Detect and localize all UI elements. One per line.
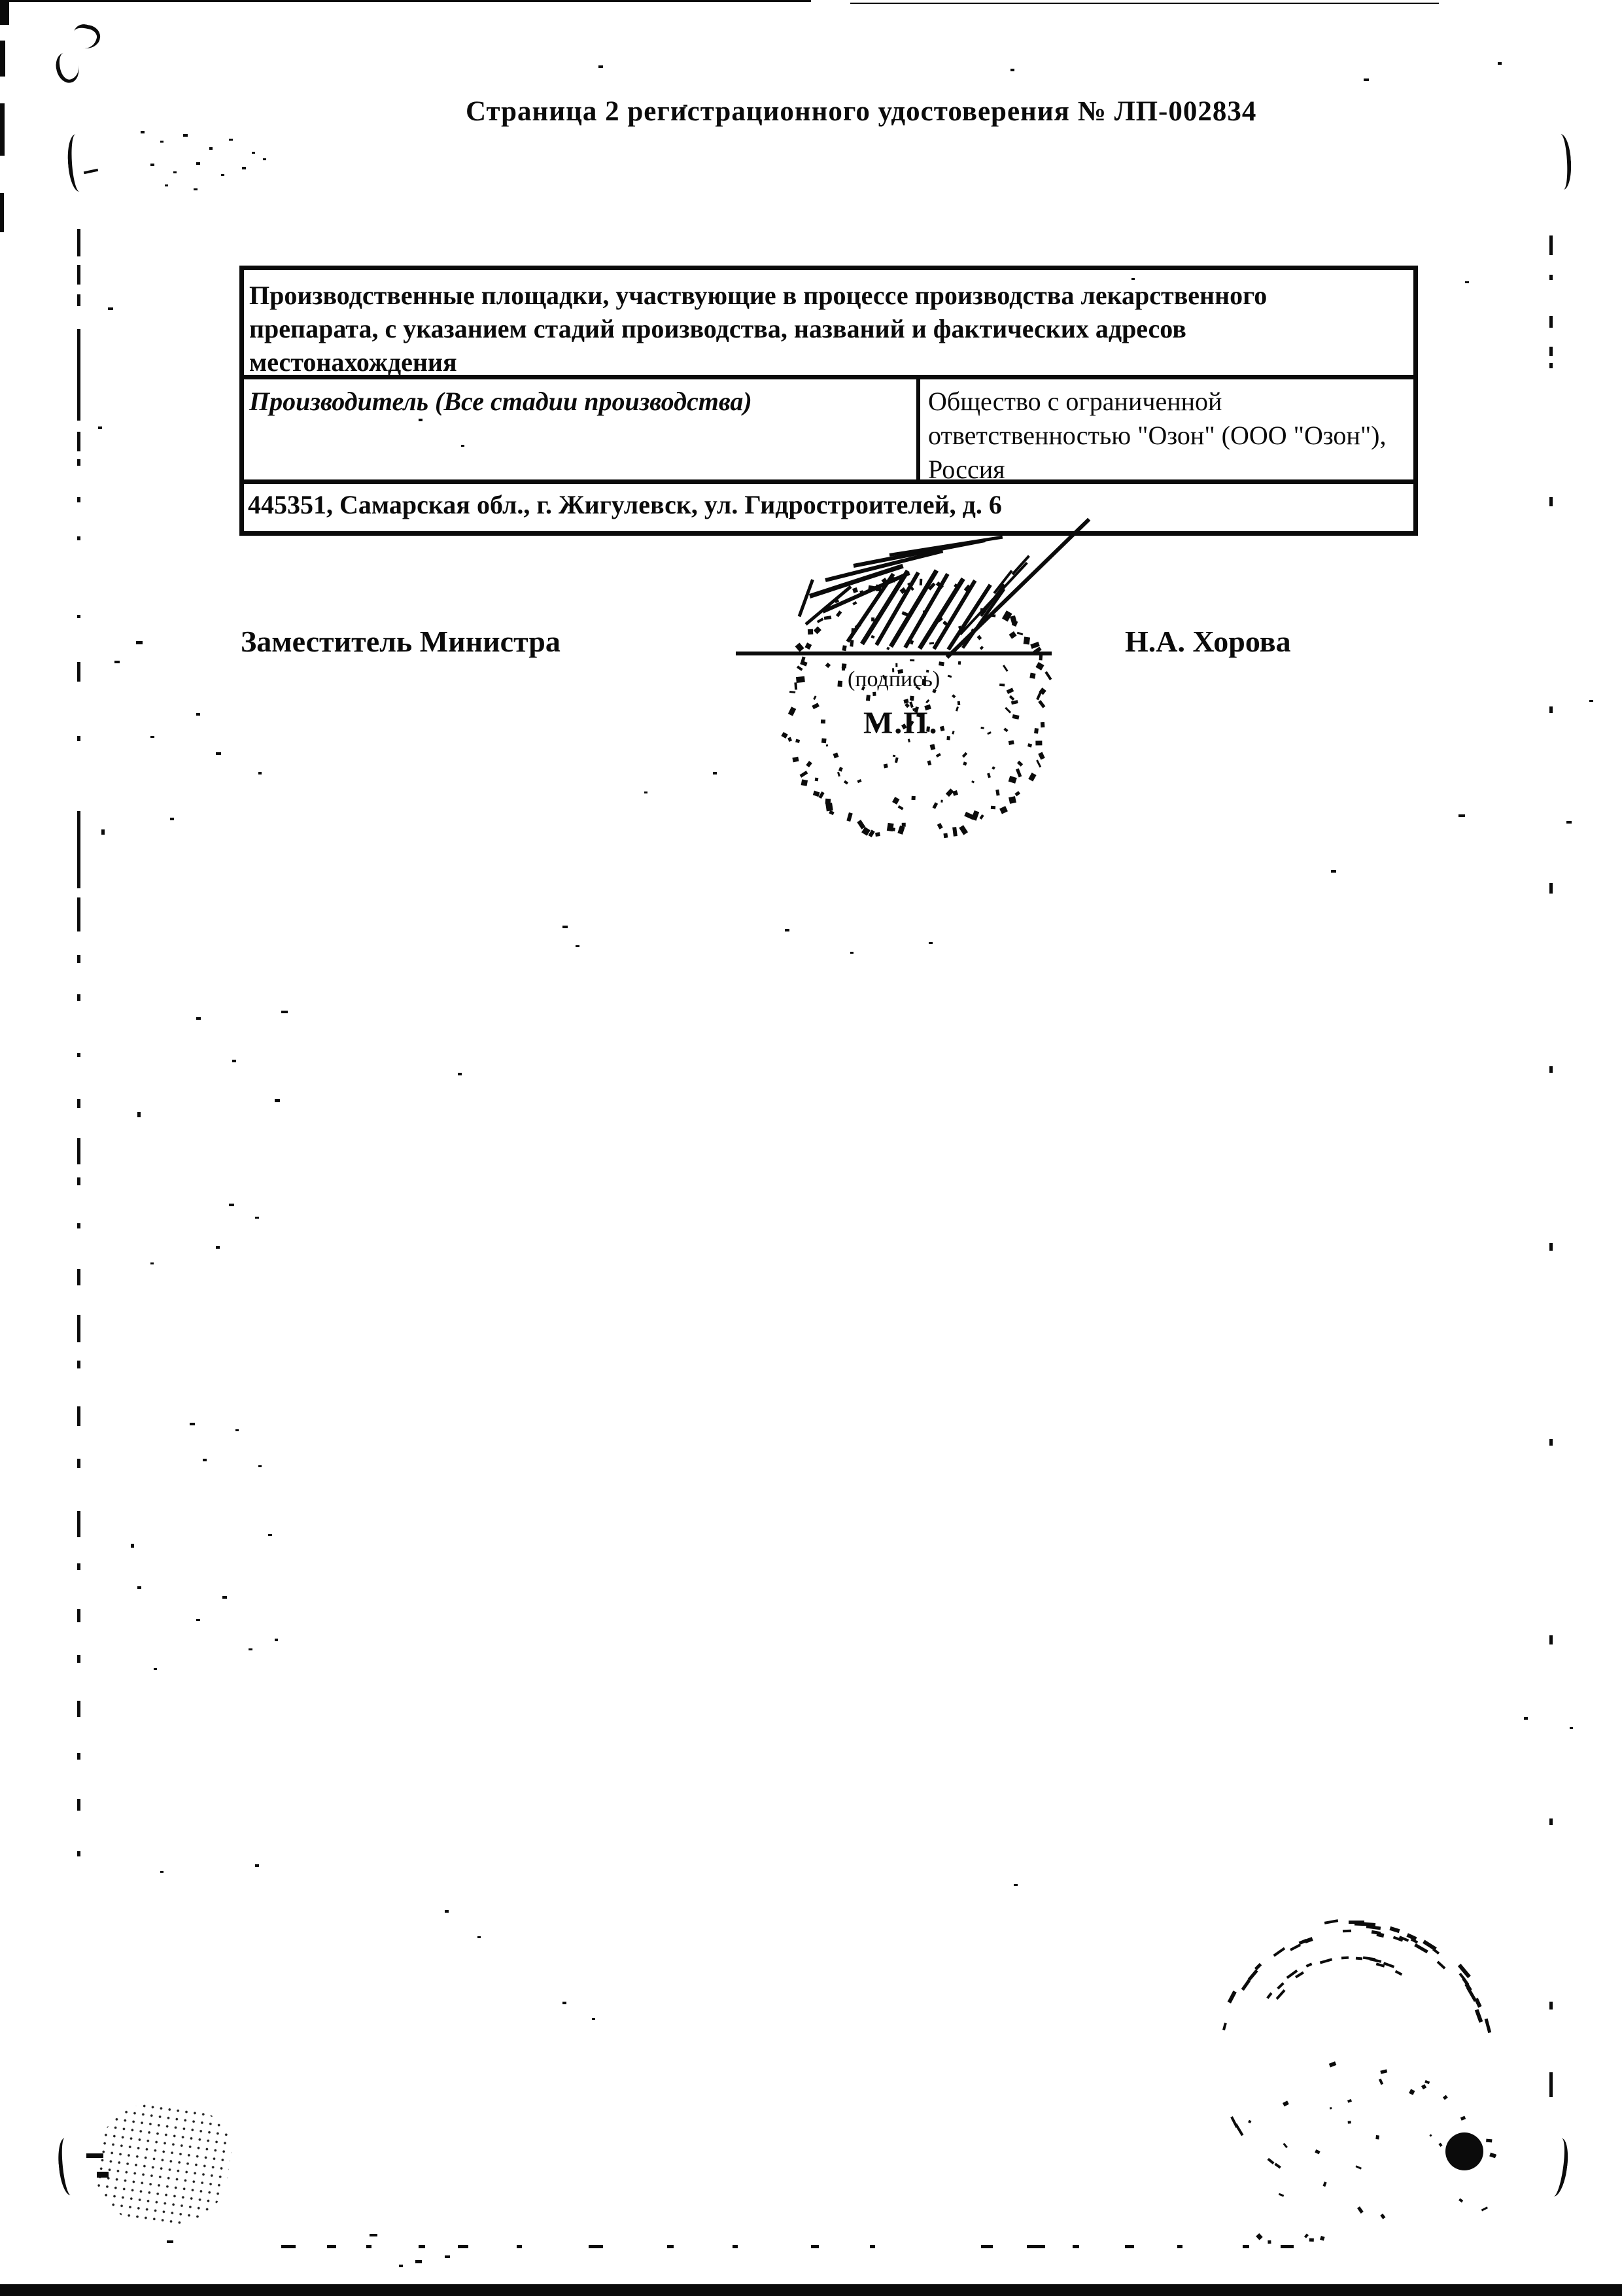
scan-speck — [263, 158, 266, 160]
seal-ring-dot — [1030, 673, 1036, 679]
pen-mark — [86, 2153, 103, 2158]
scan-speck — [258, 1465, 262, 1467]
stamp-ring-dash — [1304, 1937, 1313, 1943]
seal-ring-dot — [1039, 653, 1043, 661]
scan-speck — [1524, 1717, 1528, 1720]
scan-line-dash — [77, 294, 80, 306]
scan-speck — [222, 1596, 227, 1599]
table-header-cell: Производственные площадки, участвующие в… — [244, 270, 1413, 379]
seal-ring-dot — [1036, 691, 1041, 700]
seal-inner-dot — [893, 754, 896, 757]
stamp-ring-dash — [1432, 1949, 1440, 1955]
seal-inner-dot — [963, 761, 967, 765]
seal-ring-dot — [977, 635, 982, 640]
seal-ring-dot — [801, 779, 808, 786]
seal-ring-dot — [813, 695, 817, 700]
stamp-ring-dash — [1474, 1998, 1481, 2008]
scan-speck — [235, 1429, 239, 1431]
scan-line-dash — [1549, 316, 1553, 328]
seal-inner-dot — [872, 691, 876, 696]
scan-line-dash — [1125, 2245, 1134, 2248]
seal-inner-dot — [957, 701, 959, 705]
seal-inner-dot — [939, 662, 944, 667]
seal-ring-dot — [821, 720, 825, 723]
scan-line-dash — [77, 811, 80, 888]
page-edge-left — [0, 41, 5, 77]
manufacturer-label-cell: Производитель (Все стадии производства) — [244, 379, 920, 479]
seal-ring-dot — [1009, 695, 1014, 701]
scan-line-dash — [589, 2245, 603, 2248]
seal-ring-dot — [1008, 740, 1014, 745]
scan-speck — [232, 1060, 236, 1062]
scan-speck — [101, 829, 105, 835]
stamp-speck — [1283, 2142, 1288, 2148]
scan-line-dash — [77, 1269, 80, 1285]
seal-ring-dot — [787, 737, 792, 742]
seal-ring-dot — [808, 629, 813, 635]
scan-speck — [229, 139, 233, 141]
seal-ring-dot — [825, 799, 830, 804]
page-edge-left — [0, 103, 5, 156]
stamp-ring-dash — [1395, 1970, 1402, 1976]
stamp-speck — [1268, 2240, 1271, 2244]
seal-ring-dot — [940, 800, 943, 803]
seal-ring-dot — [844, 780, 848, 785]
scan-speck — [268, 1534, 272, 1536]
scan-line-dash — [1177, 2245, 1182, 2248]
seal-ring-dot — [919, 579, 922, 585]
stamp-ring-dash — [1485, 2018, 1492, 2032]
scan-speck — [576, 945, 579, 947]
stamp-ring-dash — [1273, 1947, 1286, 1957]
scan-speck — [562, 926, 568, 928]
scan-line-dash — [77, 736, 80, 741]
scan-speck — [1364, 78, 1369, 81]
address-cell: 445351, Самарская обл., г. Жигулевск, ул… — [244, 484, 1413, 531]
scan-line-dash — [1027, 2245, 1045, 2248]
seal-inner-dot — [910, 696, 914, 701]
scan-line-dash — [1549, 235, 1553, 255]
scan-line-dash — [1549, 1635, 1553, 1644]
scan-speck — [785, 929, 789, 931]
scan-line-dash — [77, 1851, 80, 1856]
scan-line-dash — [77, 1459, 80, 1468]
scan-line-dash — [77, 1138, 80, 1164]
scan-speck — [399, 2265, 403, 2267]
scan-speck — [196, 162, 200, 165]
scan-speck — [242, 167, 246, 169]
scan-line-dash — [870, 2245, 875, 2248]
scan-line-dash — [419, 2245, 425, 2248]
scan-speck — [258, 772, 262, 774]
scan-speck — [183, 134, 188, 137]
scan-speck — [1131, 278, 1135, 280]
stamp-speck — [1443, 2095, 1448, 2100]
seal-ring-dot — [837, 772, 840, 777]
pen-curl — [1542, 2136, 1571, 2198]
seal-inner-dot — [922, 679, 926, 685]
seal-ring-dot — [876, 833, 880, 837]
seal-ring-dot — [979, 814, 984, 820]
seal-ring-dot — [898, 826, 905, 835]
seal-inner-dot — [895, 663, 898, 667]
seal-ring-dot — [1028, 773, 1036, 781]
seal-inner-dot — [956, 706, 959, 711]
page-edge-bottom — [0, 2284, 1622, 2296]
signature-stroke — [825, 549, 943, 582]
seal-ring-dot — [1011, 620, 1018, 627]
scan-speck — [477, 1936, 481, 1938]
scan-speck — [209, 147, 213, 150]
stamp-speck — [1429, 2134, 1432, 2136]
scan-speck — [592, 2018, 595, 2020]
scan-line-dash — [1549, 2002, 1553, 2009]
scan-speck — [216, 752, 221, 755]
seal-ring-dot — [817, 618, 824, 623]
stamp-speck — [1309, 2238, 1314, 2242]
seal-inner-dot — [910, 659, 914, 661]
stamp-ring-dash — [1276, 1989, 1286, 2000]
seal-inner-dot — [903, 699, 909, 704]
scan-speck — [154, 1668, 157, 1670]
pen-curl — [1550, 133, 1572, 190]
seal-inner-dot — [871, 635, 875, 638]
deputy-minister-title: Заместитель Министра — [241, 624, 561, 659]
scan-speck — [1465, 281, 1469, 283]
seal-ring-dot — [825, 744, 828, 746]
scan-speck — [167, 2240, 173, 2243]
seal-inner-dot — [886, 646, 890, 650]
stamp-ring-dash — [1341, 1957, 1349, 1960]
seal-ring-dot — [1012, 714, 1019, 720]
seal-inner-dot — [952, 731, 954, 734]
stamp-speck — [1283, 2100, 1289, 2106]
seal-ring-dot — [823, 616, 831, 620]
scan-line-dash — [77, 1799, 80, 1811]
stamp-ring-dash — [1267, 2158, 1274, 2165]
scan-speck — [173, 171, 177, 173]
seal-ring-dot — [795, 739, 800, 742]
scan-speck — [1458, 814, 1465, 817]
scan-line-dash — [1243, 2245, 1249, 2248]
stamp-speck — [1315, 2149, 1320, 2154]
stamp-speck — [1303, 2233, 1308, 2238]
scan-line-dash — [77, 615, 80, 618]
seal-ring-dot — [1017, 761, 1023, 767]
scan-line-dash — [1549, 883, 1553, 894]
seal-ring-dot — [794, 682, 797, 690]
seal-ring-dot — [971, 780, 975, 783]
seal-inner-dot — [892, 669, 894, 672]
seal-inner-dot — [883, 763, 888, 769]
stamp-ring-dash — [1230, 2116, 1238, 2128]
seal-ring-dot — [980, 646, 984, 650]
seal-ring-dot — [1006, 687, 1014, 694]
seal-inner-dot — [926, 726, 930, 732]
scan-line-dash — [77, 1406, 80, 1426]
scan-line-dash — [1549, 2072, 1553, 2097]
scan-speck — [137, 1112, 141, 1117]
scan-speck — [370, 2234, 377, 2236]
scan-speck — [850, 952, 854, 954]
seal-ring-dot — [838, 767, 842, 771]
stamp-speck — [1481, 2206, 1488, 2211]
scan-speck — [221, 174, 224, 176]
signer-name: Н.А. Хорова — [1125, 624, 1291, 659]
seal-ring-dot — [992, 767, 995, 770]
seal-inner-dot — [895, 757, 899, 763]
scan-line-dash — [77, 459, 80, 466]
seal-inner-dot — [917, 712, 921, 717]
stamp-speck — [1460, 2116, 1466, 2121]
seal-ring-dot — [1009, 632, 1016, 639]
scan-line-dash — [77, 265, 80, 285]
scan-line-dash — [77, 1753, 80, 1760]
scan-line-dash — [77, 432, 80, 451]
page-edge-left — [0, 193, 4, 232]
stamp-speck — [1458, 2198, 1463, 2202]
signature-stroke — [1012, 555, 1030, 575]
stamp-ring-dash — [1254, 1963, 1262, 1970]
seal-ring-dot — [814, 778, 818, 782]
seal-ring-dot — [1000, 806, 1008, 814]
scan-speck — [1010, 69, 1014, 71]
seal-ring-dot — [999, 684, 1005, 687]
stamp-ring-dash — [1277, 1982, 1284, 1989]
signature-line — [736, 652, 1052, 655]
stamp-ring-dash — [1366, 1925, 1381, 1930]
stamp-ring-dash — [1306, 1962, 1313, 1967]
scan-speck — [1331, 870, 1336, 873]
scan-speck — [1566, 821, 1572, 824]
seal-ring-dot — [871, 617, 874, 621]
stamp-speck — [1322, 2182, 1326, 2187]
stamp-speck — [1330, 2107, 1332, 2110]
seal-ring-dot — [796, 676, 805, 683]
scan-speck — [275, 1639, 278, 1641]
scan-speck — [196, 1619, 200, 1621]
seal-ring-dot — [795, 643, 804, 652]
scan-speck — [461, 445, 464, 447]
seal-mark: М.П. — [863, 705, 939, 741]
scan-line-dash — [77, 1099, 80, 1108]
scan-line-dash — [458, 2245, 468, 2248]
stamp-speck — [1380, 2214, 1385, 2219]
seal-inner-dot — [898, 669, 904, 674]
signature-stroke — [889, 536, 1003, 557]
seal-ring-dot — [952, 827, 958, 836]
scan-line-dash — [366, 2245, 371, 2248]
stamp-ring-dash — [1356, 1957, 1363, 1960]
scan-speck — [1570, 1727, 1573, 1729]
seal-ring-dot — [825, 803, 833, 812]
seal-ring-dot — [800, 771, 808, 778]
scan-line-dash — [77, 1223, 80, 1228]
scan-speck — [1014, 1884, 1018, 1886]
seal-ring-dot — [814, 626, 821, 634]
page-edge-top — [0, 0, 811, 2]
stamp-ring-dash — [1320, 1958, 1332, 1964]
seal-inner-dot — [932, 689, 937, 693]
stamp-ring-dash — [1275, 2163, 1281, 2169]
seal-ring-dot — [805, 642, 812, 650]
scan-speck — [644, 791, 647, 793]
stamp-ring-dash — [1383, 1962, 1394, 1969]
stamp-ring-dash — [1227, 1991, 1236, 2004]
seal-inner-dot — [981, 727, 984, 729]
seal-ring-dot — [1035, 741, 1042, 746]
scan-line-dash — [77, 1655, 80, 1663]
stamp-ring-dash — [1376, 1932, 1384, 1938]
scan-line-dash — [77, 1177, 80, 1185]
seal-ring-dot — [932, 802, 938, 809]
scan-speck — [598, 65, 603, 68]
seal-ring-dot — [1036, 759, 1041, 767]
scan-line-dash — [77, 897, 80, 931]
stamp-speck — [1255, 2233, 1262, 2240]
scan-line-dash — [77, 497, 80, 502]
seal-ring-dot — [959, 826, 968, 835]
stamp-speck — [1347, 2121, 1351, 2124]
seal-ring-dot — [812, 703, 820, 709]
stamp-speck — [1357, 2206, 1364, 2214]
scan-line-dash — [1549, 497, 1553, 506]
table-row-manufacturer: Производитель (Все стадии производства) … — [244, 379, 1413, 484]
scan-speck — [445, 1910, 449, 1913]
seal-ring-dot — [793, 757, 799, 762]
stamp-ring-dash — [1475, 2009, 1483, 2023]
seal-ring-dot — [852, 601, 857, 606]
stamp-speck — [1486, 2138, 1493, 2142]
seal-ring-dot — [1041, 722, 1045, 727]
seal-inner-dot — [930, 744, 935, 750]
seal-inner-dot — [910, 640, 914, 645]
scan-line-dash — [1549, 1439, 1553, 1446]
pen-curl — [56, 2137, 81, 2197]
stamp-speck — [1424, 2080, 1430, 2084]
seal-inner-dot — [946, 736, 950, 740]
scan-line-dash — [77, 1315, 80, 1342]
scan-speck — [255, 1217, 259, 1219]
scan-line-dash — [733, 2245, 738, 2248]
scan-speck — [713, 772, 717, 774]
pen-mark — [97, 2172, 109, 2178]
scan-line-dash — [281, 2245, 296, 2248]
seal-ring-dot — [898, 805, 903, 810]
seal-ring-dot — [833, 752, 839, 759]
pen-curl — [66, 133, 91, 192]
scan-speck — [249, 1648, 252, 1650]
page-edge-top — [850, 3, 1439, 4]
stamp-speck — [1248, 2120, 1251, 2123]
scan-line-dash — [1549, 706, 1553, 713]
seal-inner-dot — [961, 752, 967, 758]
stamp-speck — [1329, 2061, 1336, 2067]
stamp-speck — [1421, 2084, 1426, 2089]
seal-inner-dot — [838, 681, 843, 687]
seal-ring-dot — [1028, 743, 1033, 747]
pen-curl — [71, 22, 103, 51]
scan-line-dash — [77, 329, 80, 421]
scan-line-dash — [1549, 1818, 1553, 1825]
seal-ring-dot — [892, 797, 899, 805]
stamp-ring-dash — [1248, 1970, 1258, 1981]
seal-ring-dot — [789, 691, 795, 693]
scan-line-dash — [667, 2245, 674, 2248]
seal-ring-dot — [825, 663, 830, 668]
scan-speck — [165, 184, 168, 186]
scan-line-dash — [77, 955, 80, 963]
scan-line-dash — [77, 1701, 80, 1717]
seal-ring-dot — [1038, 752, 1045, 760]
scan-speck — [415, 2260, 422, 2263]
scan-speck — [216, 1246, 220, 1249]
seal-ring-dot — [801, 656, 806, 661]
signature-stroke — [798, 579, 814, 617]
seal-ring-dot — [797, 665, 803, 670]
scan-line-dash — [77, 662, 80, 682]
seal-inner-dot — [947, 674, 952, 678]
punch-hole-dot — [1445, 2132, 1483, 2170]
scan-line-dash — [1073, 2245, 1079, 2248]
scan-line-dash — [1549, 347, 1553, 356]
scan-line-dash — [1549, 275, 1553, 280]
seal-ring-dot — [991, 806, 995, 809]
scan-speck — [108, 307, 113, 310]
scan-line-dash — [1549, 1066, 1553, 1073]
scan-speck — [229, 1204, 234, 1206]
stamp-speck — [1409, 2089, 1415, 2095]
scan-line-dash — [517, 2245, 522, 2248]
seal-inner-dot — [909, 701, 914, 708]
seal-ring-dot — [1024, 636, 1030, 644]
scan-speck — [114, 661, 120, 663]
seal-inner-dot — [929, 642, 934, 645]
scan-speck — [1589, 700, 1593, 702]
scan-speck — [458, 1073, 462, 1075]
scan-speck — [98, 426, 102, 429]
stamp-ring-dash — [1411, 1938, 1418, 1944]
scan-speck — [255, 1864, 259, 1867]
seal-inner-dot — [866, 695, 871, 701]
scan-speck — [160, 1871, 164, 1873]
scan-line-dash — [981, 2245, 993, 2248]
seal-inner-dot — [952, 694, 956, 699]
stamp-speck — [1380, 2069, 1387, 2074]
seal-ring-dot — [943, 833, 948, 838]
scan-speck — [131, 1544, 134, 1548]
scan-speck — [1498, 62, 1502, 65]
signature-stroke — [959, 562, 1028, 635]
scan-line-dash — [77, 1563, 80, 1570]
scan-line-dash — [327, 2245, 336, 2248]
seal-ring-dot — [850, 639, 854, 646]
seal-inner-dot — [907, 739, 910, 742]
scan-speck — [275, 1099, 280, 1102]
stamp-speck — [1348, 2099, 1353, 2102]
scan-speck — [445, 2255, 450, 2258]
scan-speck — [141, 131, 145, 133]
stamp-speck — [1320, 2236, 1324, 2241]
seal-inner-dot — [927, 760, 932, 765]
seal-ring-dot — [868, 585, 875, 591]
seal-ring-dot — [1016, 769, 1022, 778]
seal-ring-dot — [852, 587, 858, 593]
scan-line-dash — [77, 1511, 80, 1537]
seal-ring-dot — [992, 614, 996, 617]
scan-line-dash — [77, 229, 80, 256]
scan-speck — [203, 1459, 207, 1461]
